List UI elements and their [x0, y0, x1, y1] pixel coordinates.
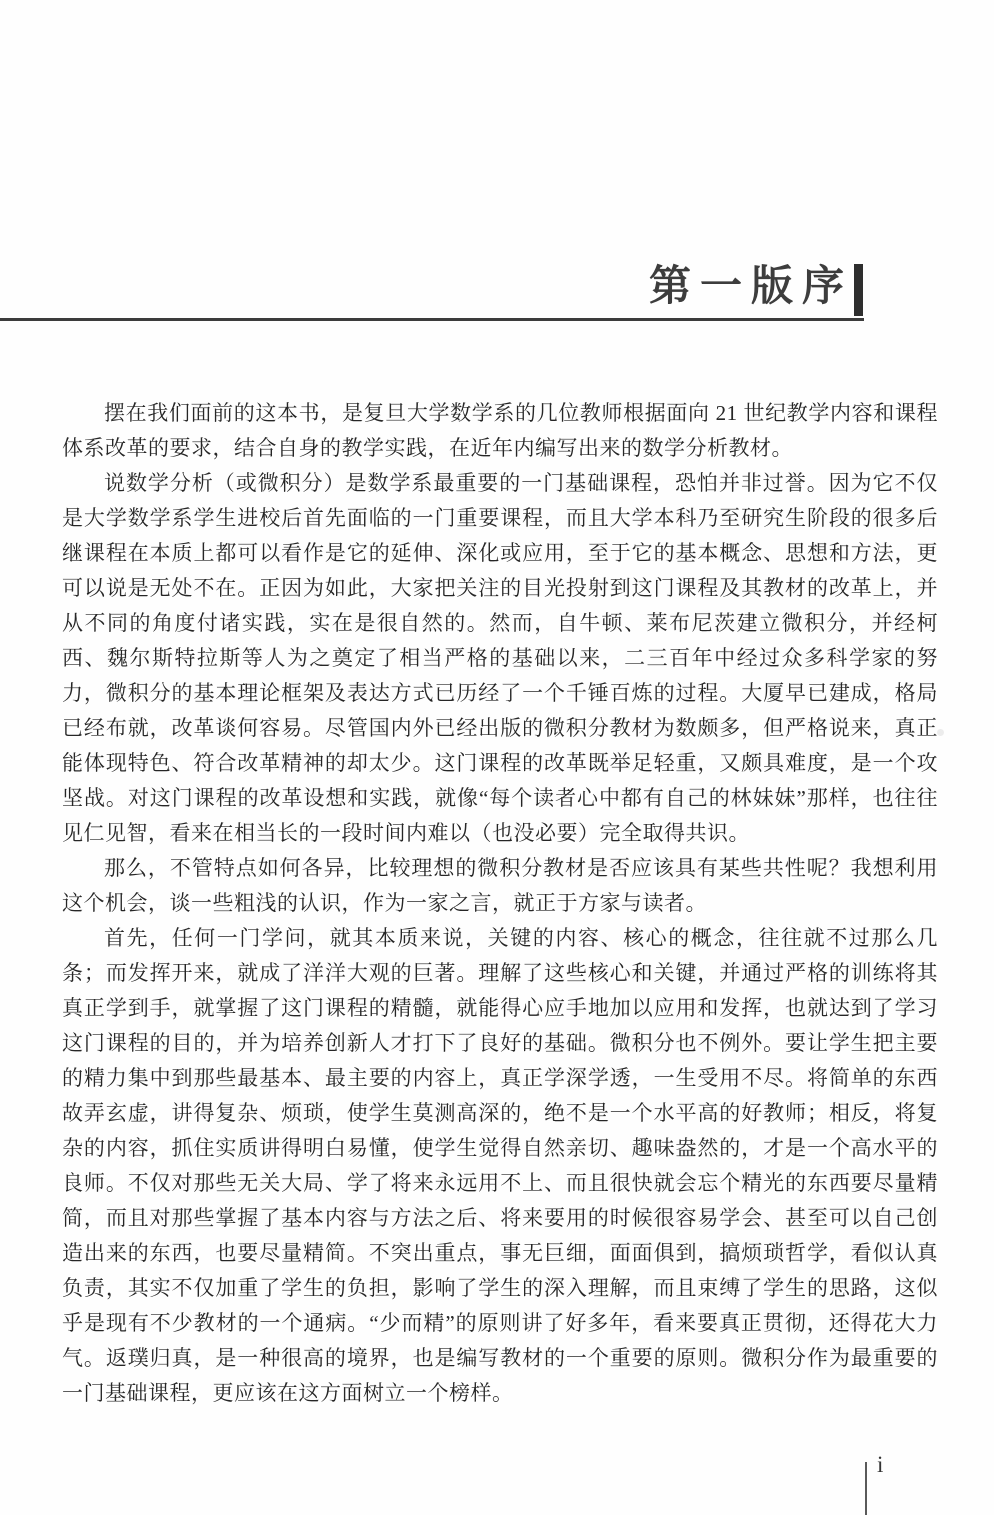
book-page: 第一版序 摆在我们面前的这本书，是复旦大学数学系的几位教师根据面向 21 世纪教…: [0, 0, 994, 1515]
paragraph: 那么，不管特点如何各异，比较理想的微积分教材是否应该具有某些共性呢？我想利用这个…: [62, 851, 938, 921]
footer-rule: [865, 1462, 867, 1515]
scan-speck: [937, 729, 944, 736]
page-number: i: [877, 1452, 883, 1478]
page-title: 第一版序: [649, 256, 853, 316]
header-rule: [0, 318, 864, 321]
preface-body: 摆在我们面前的这本书，是复旦大学数学系的几位教师根据面向 21 世纪教学内容和课…: [62, 396, 938, 1411]
paragraph: 说数学分析（或微积分）是数学系最重要的一门基础课程，恐怕并非过誉。因为它不仅是大…: [62, 466, 938, 851]
paragraph: 摆在我们面前的这本书，是复旦大学数学系的几位教师根据面向 21 世纪教学内容和课…: [62, 396, 938, 466]
title-accent-bar: [854, 264, 863, 316]
chapter-header: 第一版序: [0, 256, 863, 318]
paragraph: 首先，任何一门学问，就其本质来说，关键的内容、核心的概念，往往就不过那么几条；而…: [62, 921, 938, 1411]
